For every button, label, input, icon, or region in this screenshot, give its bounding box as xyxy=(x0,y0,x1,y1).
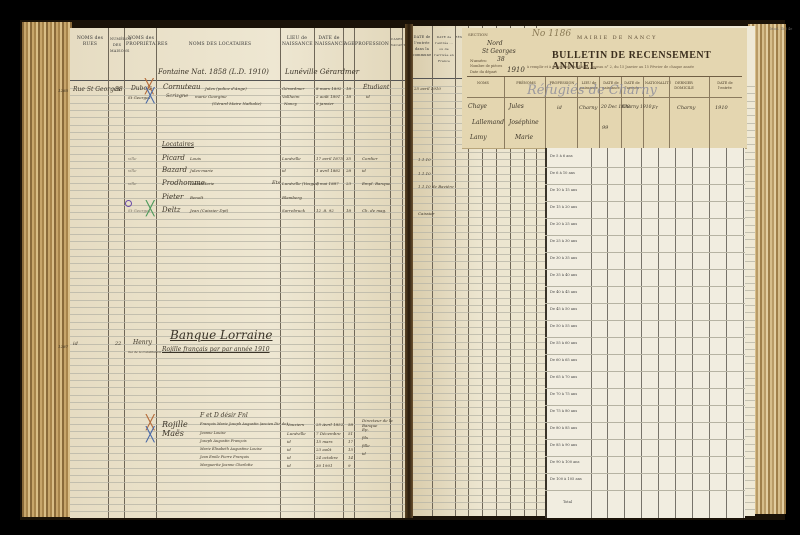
tenant-dob: 15 mars xyxy=(316,439,333,444)
tenant-profession: id xyxy=(366,94,370,99)
bulletin-row-dob: 99 xyxy=(602,125,608,131)
bulletin-mairie: MAIRIE DE NANCY xyxy=(577,35,657,41)
age-range-label: De 80 à 85 ans xyxy=(550,426,577,430)
owner-name: Henry xyxy=(133,339,152,346)
tenant-birthplace: Lunéville xyxy=(287,431,306,436)
tenant-dob: 24 octobre xyxy=(316,455,338,460)
house-number: 38 xyxy=(115,86,123,93)
tenant-birthplace: Vallheim xyxy=(282,94,299,99)
tenant-dob: 2 août 1891 xyxy=(316,94,340,99)
age-range-label: De 5 à 6 ans xyxy=(550,154,573,158)
tenant-profession: id xyxy=(362,451,397,456)
tenant-given: François Marie Joseph Augustin (ancien D… xyxy=(200,422,288,426)
tenant-name: Maës xyxy=(162,429,184,438)
header-tenants: NOMS DES LOCATAIRES xyxy=(170,42,270,48)
age-range-label: De 30 à 35 ans xyxy=(550,256,577,260)
cross-mark-icon: ╳ xyxy=(146,428,154,442)
bulletin-number-value: 38 xyxy=(497,56,505,63)
tenant-birthplace: Nancy xyxy=(284,101,297,106)
right-header: DATE de l'entrée dans la commune DATE de… xyxy=(410,26,465,79)
tenant-name: Deltz xyxy=(162,206,181,214)
tenant-dob: 1 mai 1887 xyxy=(316,181,339,186)
age-range-label: De 50 à 55 ans xyxy=(550,324,577,328)
bulletin-overwrite: Réfugiés de Charny xyxy=(527,83,657,98)
header-birthdate: DATE de NAISSANCE xyxy=(315,36,343,48)
cross-mark-icon: ╳ xyxy=(146,202,154,216)
bulletin-street-value: St Georges xyxy=(482,48,516,55)
tenant-dob: 17 avril 1875 xyxy=(316,156,343,161)
tenant-birthplace: Vouziers xyxy=(287,422,304,427)
tenant-age: 23 xyxy=(346,181,351,186)
age-range-label: De 15 à 20 ans xyxy=(550,205,577,209)
tenant-birthplace: id xyxy=(287,455,291,460)
household-header: F et D désir Fnl xyxy=(200,412,248,419)
tenant-name: Bazard xyxy=(162,166,187,174)
tenant-name: Pieter xyxy=(162,193,183,201)
section-label: Locataires xyxy=(162,141,194,148)
right-annotation: 1.1.10 xyxy=(418,171,431,176)
tenant-birthplace: Blamberg xyxy=(282,195,302,200)
bulletin-row-name: Chaye xyxy=(468,103,487,110)
right-annotation: Caissier xyxy=(418,211,434,216)
birthplace-header-note: Lunéville Gérardmer xyxy=(285,68,359,76)
tenant-given: Joseph Augustin François xyxy=(200,439,247,443)
tenant-age: 17 xyxy=(348,439,353,444)
bulletin-row-arrival: Charny 1910 xyxy=(622,105,652,110)
tenant-profession: Ep. xyxy=(362,427,397,432)
tenant-given: Marie Élisabeth Augustine Louise xyxy=(200,447,262,451)
tenant-age: 15 xyxy=(348,447,353,452)
age-range-label: De 90 à 100 ans xyxy=(550,460,579,464)
business-heading: Banque Lorraine xyxy=(170,328,273,342)
tenant-profession: Cordier xyxy=(362,156,378,161)
tenant-birthplace: Lunéville (Vosges) xyxy=(282,181,319,186)
circle-mark-icon xyxy=(125,200,132,207)
header-vacant: CASES VACANTES xyxy=(391,36,401,48)
margin-number: 1285 xyxy=(58,88,68,93)
tenant-birthplace: id xyxy=(287,447,291,452)
bulletin-rooms-label: Nombre de pièces xyxy=(470,64,502,68)
bulletin-row-nationality: Fr xyxy=(652,105,658,111)
bulletin-row-domicile: Charny xyxy=(677,105,695,111)
bulletin-table: NOMS PRÉNOMS PROFESSION LIEU de naissanc… xyxy=(467,76,742,149)
age-total-label: Total xyxy=(563,500,572,504)
street-name: id xyxy=(73,341,78,347)
age-range-label: De 45 à 50 ans xyxy=(550,307,577,311)
tenant-dob: 12 .8. 92 xyxy=(316,208,334,213)
bulletin-number-label: Numéro xyxy=(470,58,487,63)
age-range-label: De 65 à 70 ans xyxy=(550,375,577,379)
bulletin-row-given: Marie xyxy=(515,134,533,141)
margin-number: 1287 xyxy=(58,344,68,349)
age-range-label: De 25 à 30 ans xyxy=(550,239,577,243)
tenant-dob: 23 août xyxy=(316,447,331,452)
bulletin-col-entry: DATE de l'entrée xyxy=(713,81,737,90)
tenant-header-note: Fontaine Nat. 1858 (L.D. 1910) xyxy=(158,68,269,76)
bulletin-section-value: Nord xyxy=(487,40,503,47)
header-street: NOMS des RUES xyxy=(72,36,108,48)
tenant-name: Scrizgne xyxy=(166,93,188,99)
right-annotation: 1.1.10 de Bavière xyxy=(418,184,454,189)
tenant-name: Picard xyxy=(162,154,185,162)
tenant-birthplace: Sarrebruck xyxy=(282,208,305,213)
tenant-age: 14 xyxy=(348,455,353,460)
book-spine xyxy=(405,24,413,518)
header-age: AGE xyxy=(344,42,354,48)
bulletin-col-last-domicile: DERNIER DOMICILE xyxy=(671,81,697,90)
tenant-age: 35 xyxy=(346,156,351,161)
header-birthplace: LIEU de NAISSANCE xyxy=(282,36,312,48)
tenant-profession: id xyxy=(362,168,366,173)
age-range-label: De 85 à 90 ans xyxy=(550,443,577,447)
bulletin-row-birthplace: Charny xyxy=(579,105,597,111)
tenant-birthplace: id xyxy=(287,439,291,444)
tenant-given: Jeanne Louise xyxy=(200,431,226,435)
tenant-dob: 8 mars 1892 xyxy=(316,86,341,91)
bulletin-col-names: NOMS xyxy=(469,81,497,86)
tenant-profession: Étudiant xyxy=(363,84,389,91)
header-owner: NOMS des PROPRIÉTAIRES xyxy=(126,36,156,48)
age-row: De 100 à 105 ans xyxy=(545,471,745,491)
street-name: Rue St Georges xyxy=(73,86,121,93)
header-profession: PROFESSION xyxy=(355,42,389,48)
tenant-profession: Empl. Banque xyxy=(362,181,391,186)
age-range-label: De 75 à 80 ans xyxy=(550,409,577,413)
corner-reference: Mod. 1b / 4e xyxy=(770,27,792,31)
tenant-given: Jules-marie xyxy=(190,168,213,173)
age-range-label: De 70 à 75 ans xyxy=(550,392,577,396)
tenant-dob: 9 janvier xyxy=(316,101,334,106)
bulletin-date-label: Date du départ xyxy=(470,70,497,74)
tenant-profession: fils xyxy=(362,435,397,440)
tenant-birthplace: Gérardmer xyxy=(282,86,304,91)
owner-column-note: ville xyxy=(128,168,136,173)
tenant-dob: 1 avril 1882 xyxy=(316,168,340,173)
tenant-birthplace: id xyxy=(282,168,286,173)
tenant-age: 51 xyxy=(348,431,353,436)
tenant-profession: fille xyxy=(362,443,397,448)
tenant-given: Marguerite Jeanne Charlotte xyxy=(200,463,253,467)
tenant-given: (Gérard Maire Nathalie) xyxy=(212,101,261,106)
header-house-number: NUMÉROS DES MAISONS xyxy=(110,36,124,54)
owner-note: rue de la Constitution xyxy=(128,350,161,354)
tenant-name: Cornuteau xyxy=(163,83,201,91)
cross-mark-icon: ╳ xyxy=(146,89,154,103)
tenant-dob: 25 Avril 1852 xyxy=(316,422,343,427)
bulletin-section-label: SECTION xyxy=(468,32,488,37)
right-annotation: 1.1.10 xyxy=(418,157,431,162)
age-range-label: De 20 à 25 ans xyxy=(550,222,577,226)
tenant-age: 18 xyxy=(346,208,351,213)
bulletin-row-entry: 1910 xyxy=(715,105,728,111)
header-entry-date: DATE de l'entrée dans la commune xyxy=(412,34,432,58)
bulletin-row-given: Jules xyxy=(509,103,524,110)
bulletin-subtitle: à remplir et à remettre à la Mairie, Bur… xyxy=(527,65,694,69)
census-bulletin-form: SECTION No 1186 MAIRIE DE NANCY BULLETIN… xyxy=(462,28,747,148)
tenant-profession: Ch. de mag. xyxy=(362,208,386,213)
owner-column-note: ville xyxy=(128,156,136,161)
age-range-label: De 55 à 60 ans xyxy=(550,341,577,345)
age-range-label: De 35 à 40 ans xyxy=(550,273,577,277)
tenant-given: Benoît xyxy=(190,195,203,200)
age-table: De 5 à 6 ansDe 6 à 10 ansDe 10 à 15 ansD… xyxy=(545,148,745,518)
tenant-tag: Ets xyxy=(272,180,280,186)
age-range-label: De 100 à 105 ans xyxy=(550,477,582,481)
tenant-given: Louis xyxy=(190,156,201,161)
age-range-label: De 60 à 65 ans xyxy=(550,358,577,362)
tenant-birthplace: id xyxy=(287,463,291,468)
tenant-given: Louis Marie xyxy=(190,181,214,186)
tenant-given: Jean (Caissier Dpt) xyxy=(190,208,228,213)
bulletin-row-profession: id xyxy=(557,105,562,111)
tenant-age: 18 xyxy=(346,94,351,99)
age-range-label: De 10 à 15 ans xyxy=(550,188,577,192)
header-arrival-france: DATE de l'entrée ... ou de l'arrivée en … xyxy=(433,34,455,64)
bulletin-stamp: No 1186 xyxy=(532,29,571,39)
age-range-label: De 6 à 10 ans xyxy=(550,171,575,175)
age-range-label: De 40 à 45 ans xyxy=(550,290,577,294)
bulletin-row-name: Lallemand xyxy=(472,119,504,126)
tenant-age: 9 xyxy=(348,463,351,468)
tenant-age: 18 xyxy=(346,86,351,91)
tenant-given: Jean Emile Pierre François xyxy=(200,455,249,459)
business-subheading: Rojille français par par année 1910 xyxy=(162,346,270,353)
tenant-birthplace: Lunéville xyxy=(282,156,301,161)
tenant-given: marie Georgine xyxy=(195,94,227,99)
bulletin-date-value: 1910 xyxy=(507,66,525,74)
tenant-name: Rojille xyxy=(162,420,188,429)
tenant-dob: 7 Décembre xyxy=(316,431,341,436)
tenant-given: Jules (police d'Ange) xyxy=(205,86,247,91)
bulletin-row-given: Joséphine xyxy=(509,119,539,126)
right-annotation: 25 avril 1910 xyxy=(414,86,441,91)
house-number: 22 xyxy=(115,341,121,347)
bulletin-row-name: Lamy xyxy=(470,134,487,141)
tenant-age: 28 xyxy=(346,168,351,173)
page-edges-left xyxy=(22,22,72,517)
tenant-dob: 30 1901 xyxy=(316,463,333,468)
owner-column-note: ville xyxy=(128,181,136,186)
tenant-age: 58 xyxy=(348,422,353,427)
